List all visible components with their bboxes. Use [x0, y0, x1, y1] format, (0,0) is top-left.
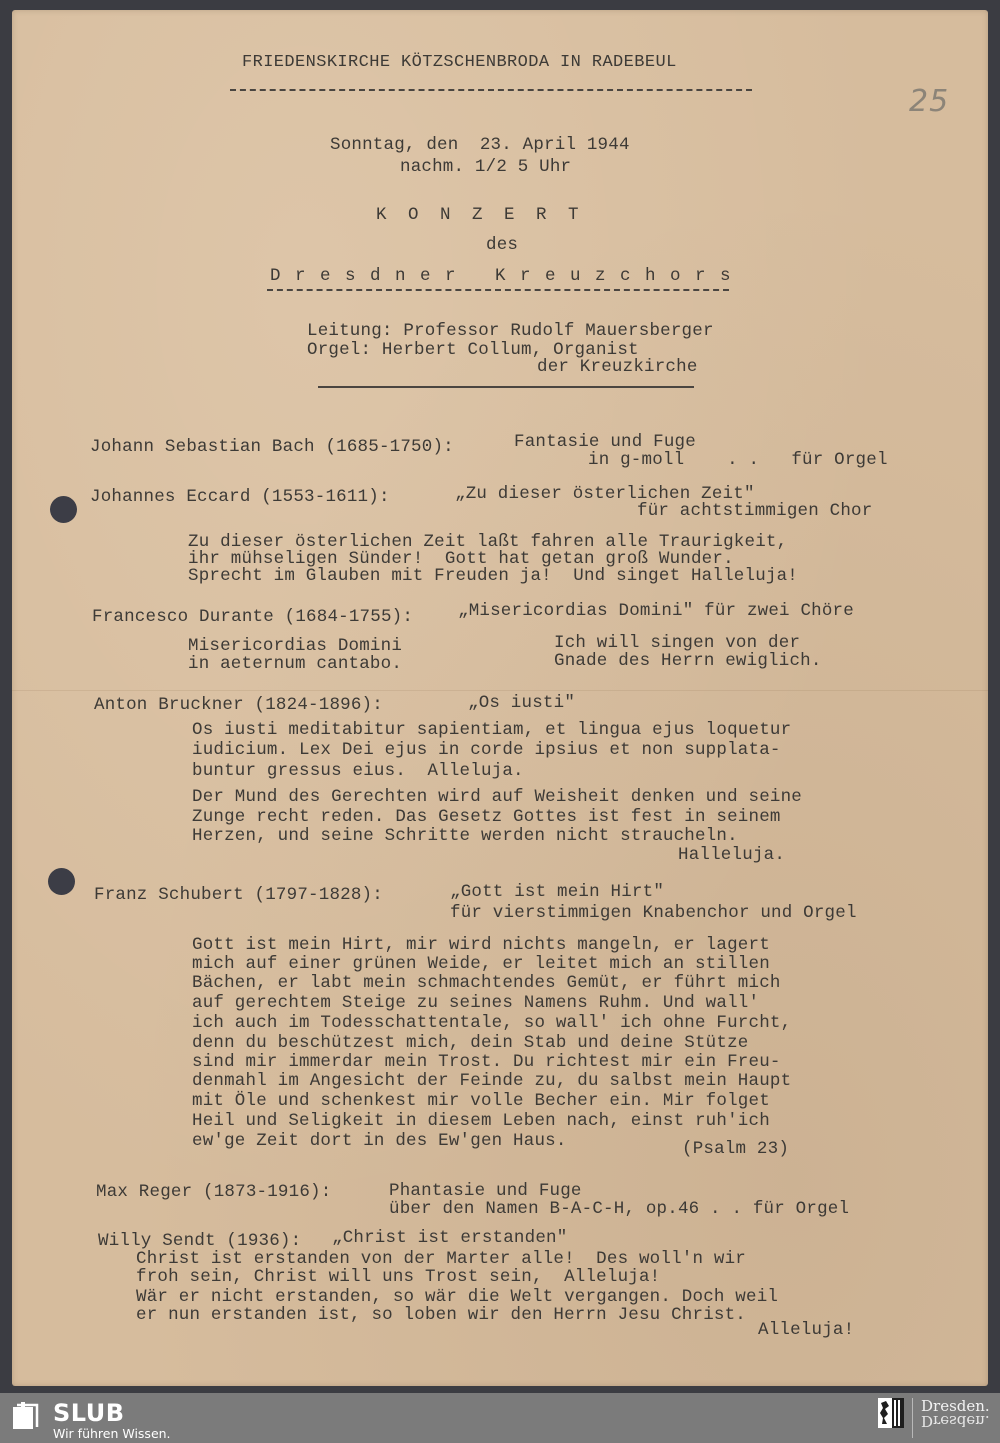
ensemble-divider — [267, 289, 729, 291]
bruckner-german-line: Zunge recht reden. Das Gesetz Gottes ist… — [192, 808, 781, 827]
time-line: nachm. 1/2 5 Uhr — [400, 158, 571, 177]
durante-german-line: Gnade des Herrn ewiglich. — [554, 652, 822, 671]
program-bruckner-composer: Anton Bruckner (1824-1896): — [94, 696, 383, 715]
program-durante-work: „Misericordias Domini" für zwei Chöre — [458, 602, 854, 621]
slub-brand[interactable]: SLUB — [53, 1399, 125, 1427]
schubert-text-line: Bächen, er labt mein schmachtendes Gemüt… — [192, 974, 781, 993]
slub-tagline: Wir führen Wissen. — [53, 1426, 171, 1441]
durante-latin-line: in aeternum cantabo. — [188, 655, 402, 674]
schubert-text-line: sind mir immerdar mein Trost. Du richtes… — [192, 1053, 781, 1072]
schubert-text-line: denmahl im Angesicht der Feinde zu, du s… — [192, 1072, 791, 1091]
schubert-source: (Psalm 23) — [682, 1140, 789, 1159]
bruckner-latin-line: iudicium. Lex Dei ejus in corde ipsius e… — [192, 741, 781, 760]
schubert-text-line: ew'ge Zeit dort in des Ew'gen Haus. — [192, 1132, 567, 1151]
schubert-text-line: denn du beschützest mich, dein Stab und … — [192, 1034, 749, 1053]
concert-title: KONZERT — [376, 206, 600, 225]
church-header: FRIEDENSKIRCHE KÖTZSCHENBRODA IN RADEBEU… — [242, 53, 677, 72]
credits-divider — [318, 386, 694, 388]
conductor-line: Leitung: Professor Rudolf Mauersberger — [307, 322, 714, 341]
schubert-text-line: mit Öle und schenkest mir volle Becher e… — [192, 1092, 770, 1111]
program-bach-composer: Johann Sebastian Bach (1685-1750): — [90, 438, 454, 457]
viewer-footer-bar: SLUB Wir führen Wissen. Dresden. Dresden… — [0, 1393, 1000, 1443]
header-divider — [230, 89, 752, 91]
title-des: des — [486, 236, 518, 255]
ensemble-name: Dresdner Kreuzchors — [270, 267, 745, 286]
sendt-text-line: froh sein, Christ will uns Trost sein, A… — [136, 1268, 660, 1287]
bruckner-german-line: Der Mund des Gerechten wird auf Weisheit… — [192, 788, 802, 807]
schubert-text-line: Heil und Seligkeit in diesem Leben nach,… — [192, 1112, 770, 1131]
bruckner-latin-line: buntur gressus eius. Alleluja. — [192, 762, 524, 781]
program-schubert-voices: für vierstimmigen Knabenchor und Orgel — [450, 904, 857, 923]
schubert-text-line: Gott ist mein Hirt, mir wird nichts mang… — [192, 936, 770, 955]
bruckner-german-line: Herzen, und seine Schritte werden nicht … — [192, 827, 738, 846]
footer-divider — [912, 1398, 913, 1438]
punch-hole — [48, 868, 75, 895]
program-eccard-voices: für achtstimmigen Chor — [637, 502, 872, 521]
slub-logo-icon — [13, 1402, 41, 1430]
program-reger-composer: Max Reger (1873-1916): — [96, 1183, 331, 1202]
punch-hole — [50, 496, 77, 523]
sendt-text-line: er nun erstanden ist, so loben wir den H… — [136, 1306, 746, 1325]
program-schubert-composer: Franz Schubert (1797-1828): — [94, 886, 383, 905]
program-schubert-work: „Gott ist mein Hirt" — [450, 883, 664, 902]
date-line: Sonntag, den 23. April 1944 — [330, 136, 630, 155]
program-reger-instrument: über den Namen B-A-C-H, op.46 . . für Or… — [389, 1200, 849, 1219]
handwritten-page-number: 25 — [909, 84, 949, 119]
dresden-brand-reflection: Dresden. — [921, 1412, 990, 1430]
schubert-text-line: auf gerechtem Steige zu seines Namens Ru… — [192, 994, 759, 1013]
schubert-text-line: mich auf einer grünen Weide, er leitet m… — [192, 955, 770, 974]
sendt-text-line: Alleluja! — [758, 1321, 854, 1340]
schubert-text-line: ich auch im Todesschattentale, so wall' … — [192, 1014, 791, 1033]
bruckner-german-line: Halleluja. — [678, 846, 785, 865]
program-durante-composer: Francesco Durante (1684-1755): — [92, 608, 413, 627]
eccard-text-line: Sprecht im Glauben mit Freuden ja! Und s… — [188, 567, 798, 586]
scanned-document-page: FRIEDENSKIRCHE KÖTZSCHENBRODA IN RADEBEU… — [12, 10, 988, 1386]
bruckner-latin-line: Os iusti meditabitur sapientiam, et ling… — [192, 721, 791, 740]
program-bach-instrument: in g-moll . . für Orgel — [588, 451, 888, 470]
dresden-crest-icon — [878, 1398, 904, 1428]
paper-fold-line — [12, 690, 988, 691]
program-eccard-composer: Johannes Eccard (1553-1611): — [90, 488, 390, 507]
program-sendt-work: „Christ ist erstanden" — [332, 1229, 567, 1248]
organist-line-2: der Kreuzkirche — [537, 358, 698, 377]
program-bruckner-work: „Os iusti" — [468, 694, 575, 713]
